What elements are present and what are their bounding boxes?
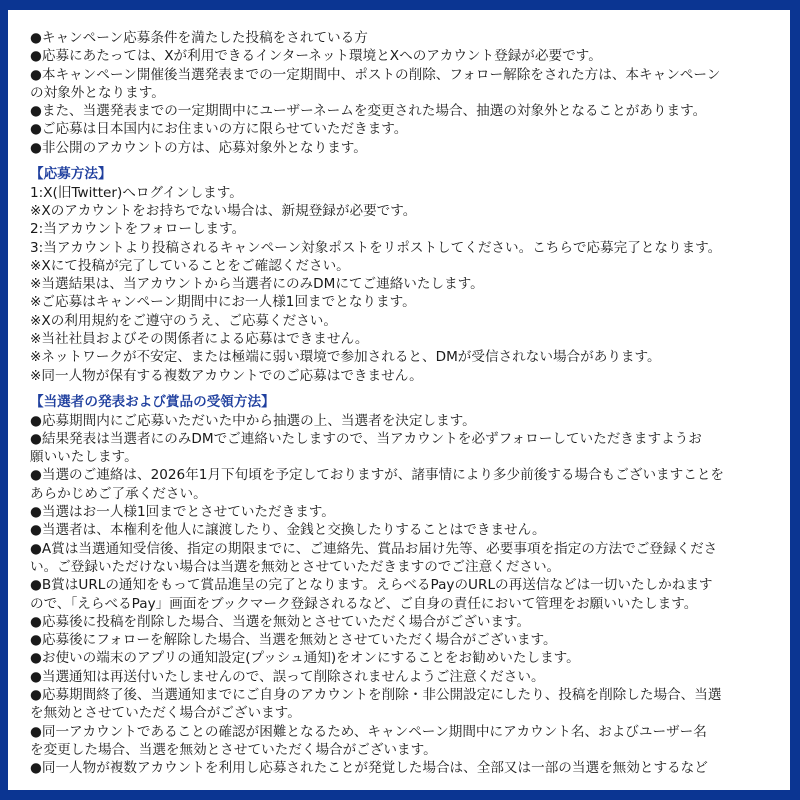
list-item: ●応募期間終了後、当選通知までにご自身のアカウントを削除・非公開設定にしたり、投… xyxy=(30,686,780,704)
list-item: を変更した場合、当選を無効とさせていただく場合がございます。 xyxy=(30,741,780,759)
list-item: ●結果発表は当選者にのみDMでご連絡いたしますので、当アカウントを必ずフォローし… xyxy=(30,430,780,448)
document-frame: ●キャンペーン応募条件を満たした投稿をされている方 ●応募にあたっては、Xが利用… xyxy=(8,10,790,790)
list-item: ●本キャンペーン開催後当選発表までの一定期間中、ポストの削除、フォロー解除をされ… xyxy=(30,66,780,84)
list-item: ●応募後にフォローを解除した場合、当選を無効とさせていただく場合がございます。 xyxy=(30,631,780,649)
terms-content: ●キャンペーン応募条件を満たした投稿をされている方 ●応募にあたっては、Xが利用… xyxy=(30,29,780,777)
list-item: ※ご応募はキャンペーン期間中にお一人様1回までとなります。 xyxy=(30,293,780,311)
list-item: ●当選者は、本権利を他人に譲渡したり、金銭と交換したりすることはできません。 xyxy=(30,521,780,539)
list-item: の対象外となります。 xyxy=(30,84,780,102)
list-item: 願いいたします。 xyxy=(30,448,780,466)
list-item: ●お使いの端末のアプリの通知設定(プッシュ通知)をオンにすることをお勧めいたしま… xyxy=(30,649,780,667)
list-item: ●当選はお一人様1回までとさせていただきます。 xyxy=(30,503,780,521)
list-item: ●応募期間内にご応募いただいた中から抽選の上、当選者を決定します。 xyxy=(30,412,780,430)
list-item: ●キャンペーン応募条件を満たした投稿をされている方 xyxy=(30,29,780,47)
list-item: を無効とさせていただく場合がございます。 xyxy=(30,704,780,722)
list-item: ※Xのアカウントをお持ちでない場合は、新規登録が必要です。 xyxy=(30,202,780,220)
list-item: ※同一人物が保有する複数アカウントでのご応募はできません。 xyxy=(30,367,780,385)
list-item: ●同一アカウントであることの確認が困難となるため、キャンペーン期間中にアカウント… xyxy=(30,723,780,741)
list-item: ●また、当選発表までの一定期間中にユーザーネームを変更された場合、抽選の対象外と… xyxy=(30,102,780,120)
list-item: ●応募後に投稿を削除した場合、当選を無効とさせていただく場合がございます。 xyxy=(30,613,780,631)
list-item: ●応募にあたっては、Xが利用できるインターネット環境とXへのアカウント登録が必要… xyxy=(30,47,780,65)
list-item: 1:X(旧Twitter)へログインします。 xyxy=(30,184,780,202)
list-item: ●ご応募は日本国内にお住まいの方に限らせていただきます。 xyxy=(30,120,780,138)
list-item: ※Xの利用規約をご遵守のうえ、ご応募ください。 xyxy=(30,312,780,330)
section-winner-announcement: 【当選者の発表および賞品の受領方法】 ●応募期間内にご応募いただいた中から抽選の… xyxy=(30,393,780,777)
list-item: ※ネットワークが不安定、または極端に弱い環境で参加されると、DMが受信されない場… xyxy=(30,348,780,366)
list-item: ※Xにて投稿が完了していることをご確認ください。 xyxy=(30,257,780,275)
list-item: ●A賞は当選通知受信後、指定の期限までに、ご連絡先、賞品お届け先等、必要事項を指… xyxy=(30,540,780,558)
list-item: ●当選のご連絡は、2026年1月下旬頃を予定しておりますが、諸事情により多少前後… xyxy=(30,466,780,484)
list-item: い。ご登録いただけない場合は当選を無効とさせていただきますのでご注意ください。 xyxy=(30,558,780,576)
eligibility-list: ●キャンペーン応募条件を満たした投稿をされている方 ●応募にあたっては、Xが利用… xyxy=(30,29,780,157)
list-item: ●B賞はURLの通知をもって賞品進呈の完了となります。えらべるPayのURLの再… xyxy=(30,576,780,594)
section-heading: 【当選者の発表および賞品の受領方法】 xyxy=(30,393,780,411)
list-item: 3:当アカウントより投稿されるキャンペーン対象ポストをリポストしてください。こち… xyxy=(30,239,780,257)
list-item: あらかじめご了承ください。 xyxy=(30,485,780,503)
spacer xyxy=(30,157,780,165)
spacer xyxy=(30,385,780,393)
list-item: ※当社社員およびその関係者による応募はできません。 xyxy=(30,330,780,348)
list-item: ので、「えらべるPay」画面をブックマーク登録されるなど、ご自身の責任において管… xyxy=(30,595,780,613)
list-item: ※当選結果は、当アカウントから当選者にのみDMにてご連絡いたします。 xyxy=(30,275,780,293)
list-item: 2:当アカウントをフォローします。 xyxy=(30,220,780,238)
section-heading: 【応募方法】 xyxy=(30,165,780,183)
section-apply-method: 【応募方法】 1:X(旧Twitter)へログインします。 ※Xのアカウントをお… xyxy=(30,165,780,385)
list-item: ●同一人物が複数アカウントを利用し応募されたことが発覚した場合は、全部又は一部の… xyxy=(30,759,780,777)
list-item: ●非公開のアカウントの方は、応募対象外となります。 xyxy=(30,139,780,157)
list-item: ●当選通知は再送付いたしませんので、誤って削除されませんようご注意ください。 xyxy=(30,668,780,686)
